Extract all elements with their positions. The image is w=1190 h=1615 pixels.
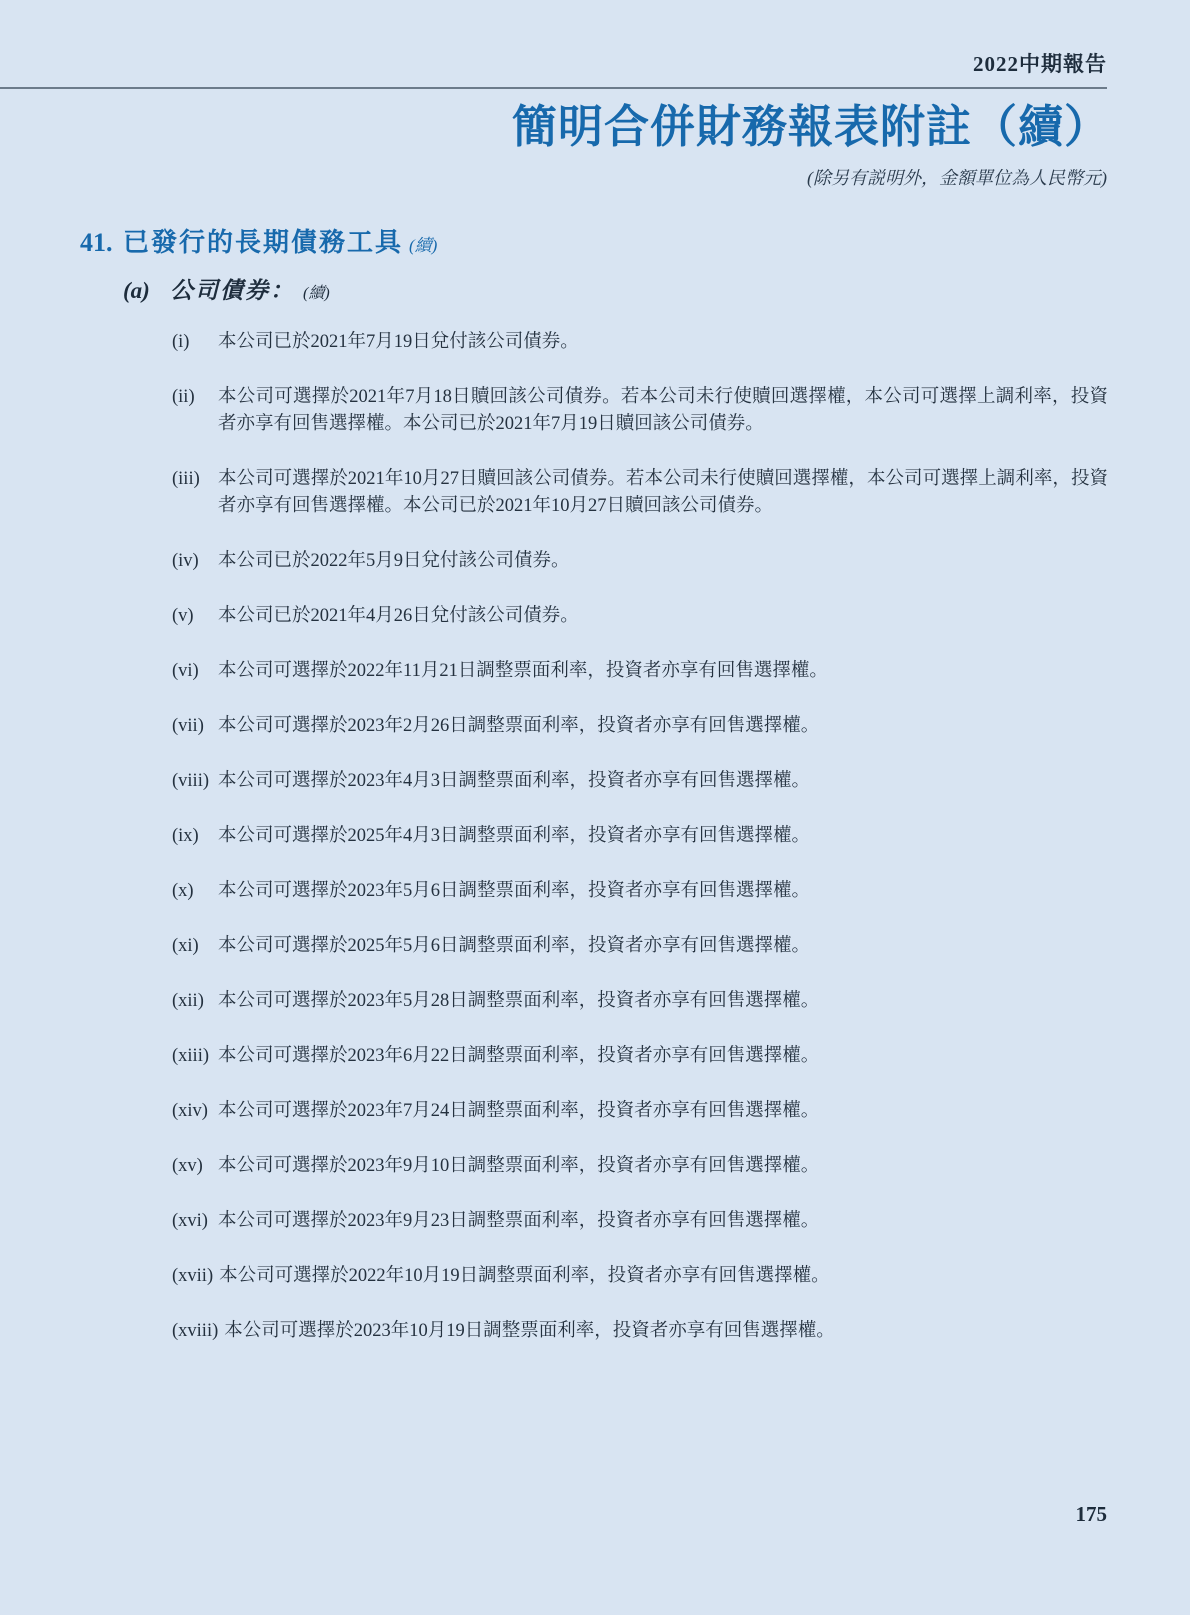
list-item-marker: (iv) <box>172 548 218 575</box>
list-item-text: 本公司可選擇於2023年6月22日調整票面利率，投資者亦享有回售選擇權。 <box>218 1043 1108 1070</box>
list-item: (v) 本公司已於2021年4月26日兌付該公司債券。 <box>172 603 1108 630</box>
list-item-marker: (ix) <box>172 823 218 850</box>
list-item-marker: (xvi) <box>172 1208 218 1235</box>
list-item-text: 本公司可選擇於2023年5月28日調整票面利率，投資者亦享有回售選擇權。 <box>218 988 1108 1015</box>
list-item-text: 本公司可選擇於2022年11月21日調整票面利率，投資者亦享有回售選擇權。 <box>218 658 1108 685</box>
list-item: (vii) 本公司可選擇於2023年2月26日調整票面利率，投資者亦享有回售選擇… <box>172 713 1108 740</box>
subsection-heading: (a) 公司債券： (續) <box>0 272 1190 305</box>
section-number: 41. <box>80 228 123 258</box>
page-subtitle: (除另有説明外，金額單位為人民幣元) <box>0 164 1190 190</box>
header-divider <box>0 87 1107 89</box>
list-item-text: 本公司可選擇於2023年4月3日調整票面利率，投資者亦享有回售選擇權。 <box>218 768 1108 795</box>
list-item-marker: (v) <box>172 603 218 630</box>
report-header-label: 2022中期報告 <box>0 0 1190 78</box>
list-item-text: 本公司已於2021年4月26日兌付該公司債券。 <box>218 603 1108 630</box>
list-item-marker: (xv) <box>172 1153 218 1180</box>
subsection-title: 公司債券： <box>170 272 295 305</box>
list-item: (xiii) 本公司可選擇於2023年6月22日調整票面利率，投資者亦享有回售選… <box>172 1043 1108 1070</box>
list-item-text: 本公司可選擇於2023年5月6日調整票面利率，投資者亦享有回售選擇權。 <box>218 878 1108 905</box>
subsection-label: (a) <box>123 278 170 304</box>
list-item-text: 本公司可選擇於2025年5月6日調整票面利率，投資者亦享有回售選擇權。 <box>218 933 1108 960</box>
section-continuation: (續) <box>409 231 437 256</box>
list-item: (xi) 本公司可選擇於2025年5月6日調整票面利率，投資者亦享有回售選擇權。 <box>172 933 1108 960</box>
page-title: 簡明合併財務報表附註（續） <box>0 102 1190 154</box>
list-item: (xviii) 本公司可選擇於2023年10月19日調整票面利率，投資者亦享有回… <box>172 1318 1108 1345</box>
list-item: (iv) 本公司已於2022年5月9日兌付該公司債券。 <box>172 548 1108 575</box>
list-item: (iii) 本公司可選擇於2021年10月27日贖回該公司債券。若本公司未行使贖… <box>172 466 1108 520</box>
page-number: 175 <box>1076 1502 1108 1527</box>
list-item-text: 本公司可選擇於2025年4月3日調整票面利率，投資者亦享有回售選擇權。 <box>218 823 1108 850</box>
list-item: (ix) 本公司可選擇於2025年4月3日調整票面利率，投資者亦享有回售選擇權。 <box>172 823 1108 850</box>
list-item: (xvi) 本公司可選擇於2023年9月23日調整票面利率，投資者亦享有回售選擇… <box>172 1208 1108 1235</box>
section-heading: 41. 已發行的長期債務工具 (續) <box>0 222 1190 259</box>
list-item-text: 本公司可選擇於2023年10月19日調整票面利率，投資者亦享有回售選擇權。 <box>224 1318 1108 1345</box>
list-item: (xvii) 本公司可選擇於2022年10月19日調整票面利率，投資者亦享有回售… <box>172 1263 1108 1290</box>
list-item: (xiv) 本公司可選擇於2023年7月24日調整票面利率，投資者亦享有回售選擇… <box>172 1098 1108 1125</box>
list-item-marker: (i) <box>172 329 218 356</box>
list-item-marker: (ii) <box>172 384 218 411</box>
list-item-marker: (xviii) <box>172 1318 224 1345</box>
list-item: (viii) 本公司可選擇於2023年4月3日調整票面利率，投資者亦享有回售選擇… <box>172 768 1108 795</box>
list-item: (vi) 本公司可選擇於2022年11月21日調整票面利率，投資者亦享有回售選擇… <box>172 658 1108 685</box>
numbered-item-list: (i) 本公司已於2021年7月19日兌付該公司債券。 (ii) 本公司可選擇於… <box>0 329 1190 1345</box>
report-page: 2022中期報告 簡明合併財務報表附註（續） (除另有説明外，金額單位為人民幣元… <box>0 0 1190 1615</box>
list-item-marker: (xiii) <box>172 1043 218 1070</box>
list-item-marker: (xii) <box>172 988 218 1015</box>
list-item-text: 本公司可選擇於2021年7月18日贖回該公司債券。若本公司未行使贖回選擇權，本公… <box>218 384 1108 438</box>
list-item: (i) 本公司已於2021年7月19日兌付該公司債券。 <box>172 329 1108 356</box>
list-item-marker: (iii) <box>172 466 218 493</box>
list-item-marker: (vii) <box>172 713 218 740</box>
list-item-text: 本公司已於2021年7月19日兌付該公司債券。 <box>218 329 1108 356</box>
list-item-marker: (xi) <box>172 933 218 960</box>
list-item-text: 本公司可選擇於2023年7月24日調整票面利率，投資者亦享有回售選擇權。 <box>218 1098 1108 1125</box>
list-item-text: 本公司可選擇於2023年2月26日調整票面利率，投資者亦享有回售選擇權。 <box>218 713 1108 740</box>
list-item-marker: (viii) <box>172 768 218 795</box>
list-item-marker: (vi) <box>172 658 218 685</box>
list-item-text: 本公司可選擇於2021年10月27日贖回該公司債券。若本公司未行使贖回選擇權，本… <box>218 466 1108 520</box>
list-item-marker: (x) <box>172 878 218 905</box>
list-item-text: 本公司可選擇於2023年9月10日調整票面利率，投資者亦享有回售選擇權。 <box>218 1153 1108 1180</box>
subsection-continuation: (續) <box>303 280 330 303</box>
list-item-text: 本公司可選擇於2022年10月19日調整票面利率，投資者亦享有回售選擇權。 <box>219 1263 1108 1290</box>
section-title: 已發行的長期債務工具 <box>123 222 403 259</box>
list-item-marker: (xvii) <box>172 1263 219 1290</box>
list-item-text: 本公司可選擇於2023年9月23日調整票面利率，投資者亦享有回售選擇權。 <box>218 1208 1108 1235</box>
list-item: (xv) 本公司可選擇於2023年9月10日調整票面利率，投資者亦享有回售選擇權… <box>172 1153 1108 1180</box>
list-item: (xii) 本公司可選擇於2023年5月28日調整票面利率，投資者亦享有回售選擇… <box>172 988 1108 1015</box>
list-item: (ii) 本公司可選擇於2021年7月18日贖回該公司債券。若本公司未行使贖回選… <box>172 384 1108 438</box>
list-item-text: 本公司已於2022年5月9日兌付該公司債券。 <box>218 548 1108 575</box>
list-item: (x) 本公司可選擇於2023年5月6日調整票面利率，投資者亦享有回售選擇權。 <box>172 878 1108 905</box>
list-item-marker: (xiv) <box>172 1098 218 1125</box>
